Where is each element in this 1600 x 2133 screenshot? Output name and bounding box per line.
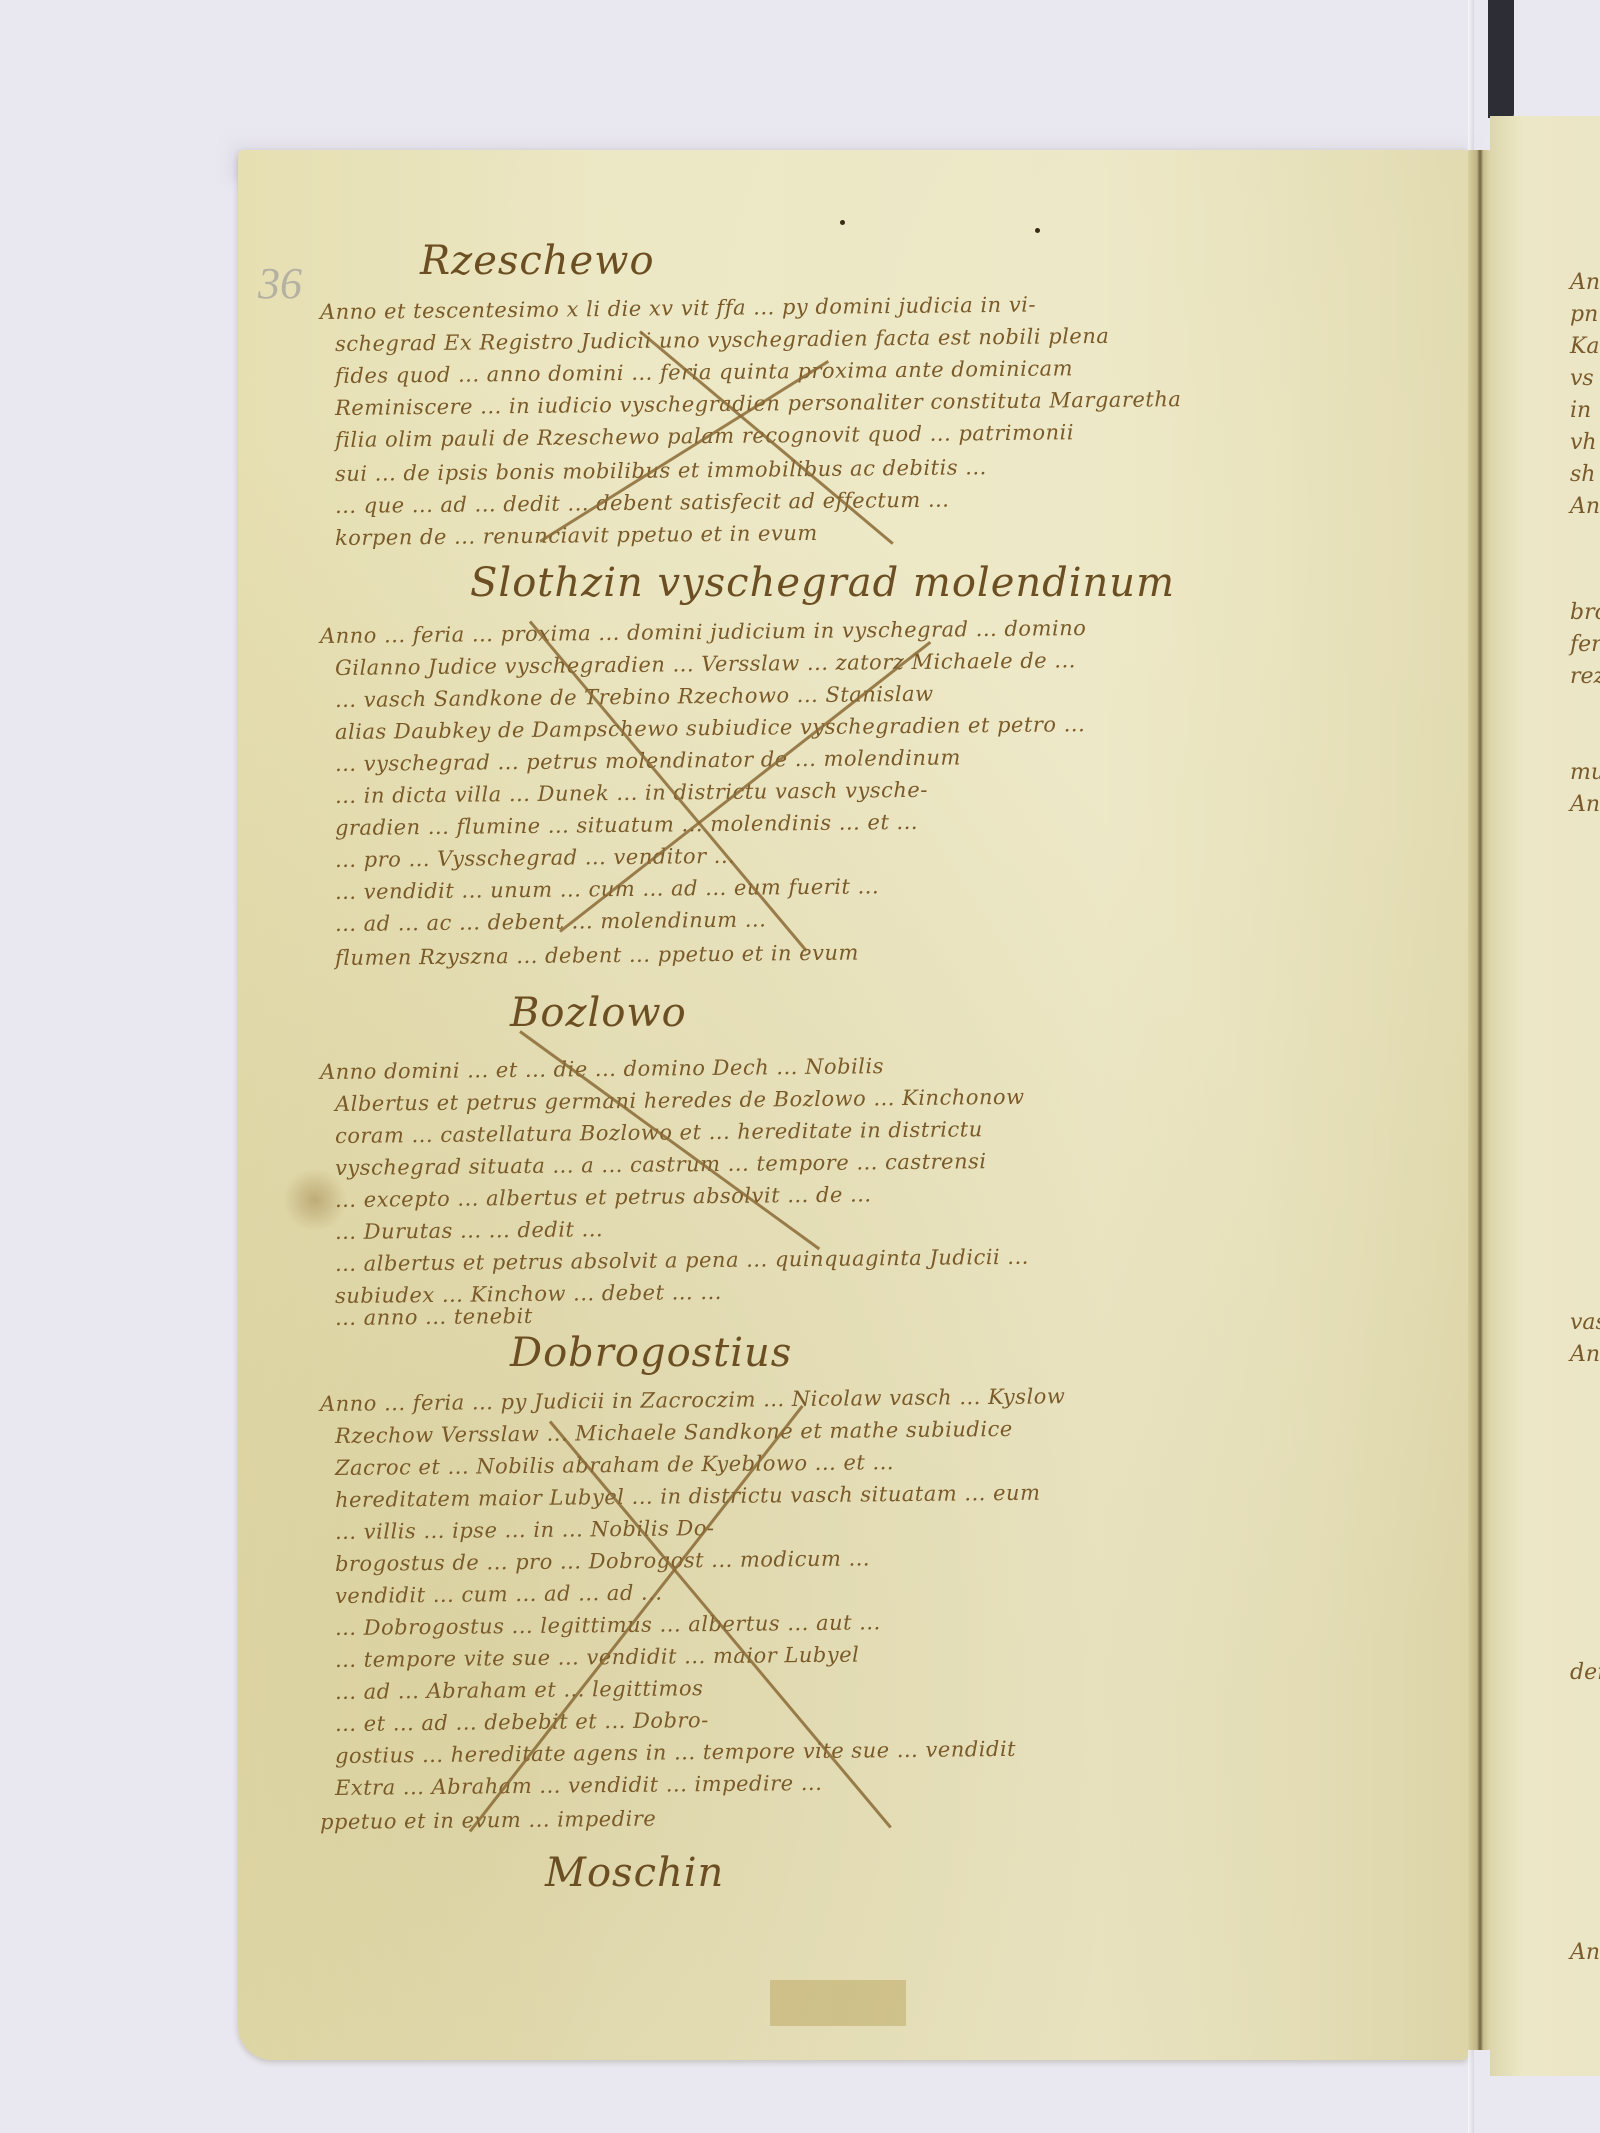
text-line: ... ad ... ac ... debent ... molendinum … [335,907,767,936]
text-line: Extra ... Abraham ... vendidit ... imped… [335,1771,823,1800]
facing-page-fragment: Anno [1570,792,1600,817]
section-heading: Bozlowo [510,990,687,1036]
section-heading: Rzeschewo [420,238,655,284]
text-line: vendidit ... cum ... ad ... ad ... [335,1581,663,1608]
facing-page-fragment: pn [1570,302,1598,327]
book-gutter [1468,150,1490,2050]
text-line: ... et ... ad ... debebit et ... Dobro- [335,1708,709,1736]
text-line: ... villis ... ipse ... in ... Nobilis D… [335,1516,715,1544]
facing-page-fragment: Anno [1570,494,1600,519]
facing-page-fragment: Anno [1570,270,1600,295]
text-line: ... anno ... tenebit [335,1304,533,1330]
facing-page-fragment: dem [1570,1660,1600,1685]
facing-page-fragment: fer [1570,632,1600,657]
text-line: ... ad ... Abraham et ... legittimos [335,1676,704,1704]
binding-strip [1488,0,1514,118]
facing-page-fragment: Ka [1570,334,1600,359]
section-heading: Slothzin vyschegrad molendinum [470,560,1175,606]
facing-page-fragment: in [1570,398,1591,423]
text-line: ... Durutas ... ... dedit ... [335,1217,603,1244]
facing-page-fragment: vh [1570,430,1597,455]
ink-dot [840,220,845,225]
folio-number: 36 [258,258,302,309]
facing-page-fragment: Anno [1570,1342,1600,1367]
facing-page-fragment: sh [1570,462,1595,487]
facing-page-fragment: mu [1570,760,1600,785]
ink-dot [1035,228,1040,233]
section-heading: Moschin [545,1850,724,1896]
repair-tape [770,1980,906,2026]
facing-page-fragment: vs [1570,366,1594,391]
facing-page-fragment: Anno [1570,1940,1600,1965]
text-line: korpen de ... renunciavit ppetuo et in e… [335,521,818,550]
facing-page-fragment: rez [1570,664,1600,689]
section-heading: Dobrogostius [510,1330,792,1376]
facing-page-fragment: vasch [1570,1310,1600,1335]
facing-page-fragment: brog [1570,600,1600,625]
text-line: ... pro ... Vysschegrad ... venditor ... [335,844,736,872]
